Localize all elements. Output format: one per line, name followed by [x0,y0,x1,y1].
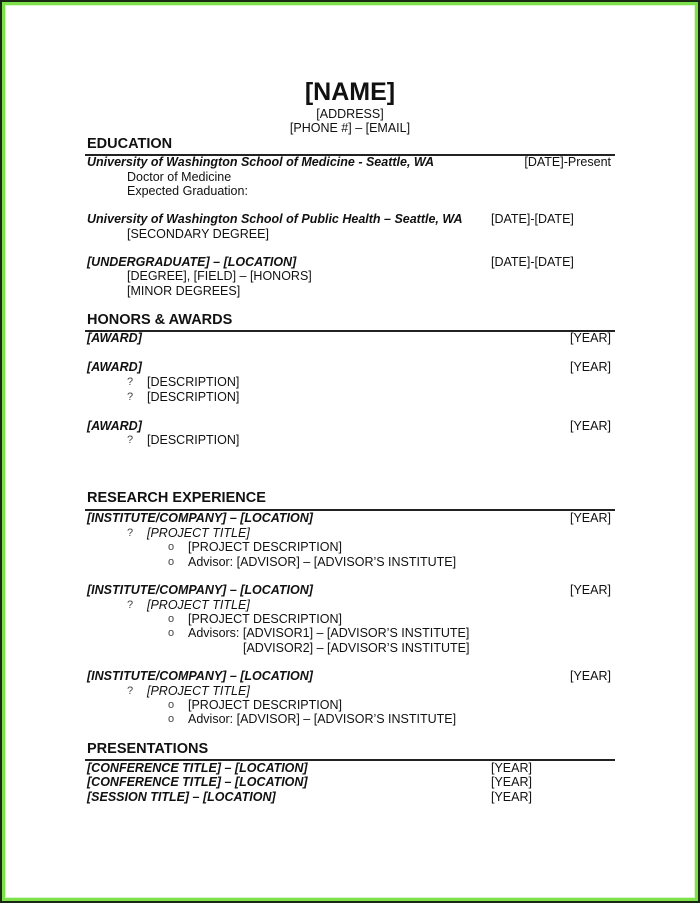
award-name: [AWARD] [87,419,142,433]
education-detail: [DEGREE], [FIELD] – [HONORS] [127,269,312,283]
award-description: [DESCRIPTION] [147,375,239,389]
education-detail: Expected Graduation: [127,184,248,198]
bullet-icon: ? [127,527,133,539]
education-school: University of Washington School of Medic… [87,155,434,169]
project-title: [PROJECT TITLE] [147,526,250,540]
award-name: [AWARD] [87,331,142,345]
project-description: [PROJECT DESCRIPTION] [188,698,342,712]
bullet-icon: ? [127,391,133,403]
project-description: [PROJECT DESCRIPTION] [188,540,342,554]
research-institute: [INSTITUTE/COMPANY] – [LOCATION] [87,511,313,525]
project-advisor: [ADVISOR2] – [ADVISOR’S INSTITUTE] [243,641,469,655]
sub-bullet-icon: o [168,556,174,568]
section-title-honors: HONORS & AWARDS [87,312,232,328]
project-advisor: Advisor: [ADVISOR] – [ADVISOR’S INSTITUT… [188,555,456,569]
presentation-title: [CONFERENCE TITLE] – [LOCATION] [87,775,308,789]
award-year: [YEAR] [570,360,611,374]
award-description: [DESCRIPTION] [147,433,239,447]
education-date: [DATE]-[DATE] [491,212,574,226]
project-title: [PROJECT TITLE] [147,684,250,698]
research-year: [YEAR] [570,669,611,683]
resume-page: [NAME] [ADDRESS] [PHONE #] – [EMAIL] EDU… [0,0,700,903]
education-detail: Doctor of Medicine [127,170,231,184]
award-year: [YEAR] [570,419,611,433]
research-year: [YEAR] [570,583,611,597]
section-title-education: EDUCATION [87,136,172,152]
presentation-title: [SESSION TITLE] – [LOCATION] [87,790,276,804]
research-year: [YEAR] [570,511,611,525]
section-title-presentations: PRESENTATIONS [87,741,208,757]
research-institute: [INSTITUTE/COMPANY] – [LOCATION] [87,583,313,597]
sub-bullet-icon: o [168,627,174,639]
education-detail: [SECONDARY DEGREE] [127,227,269,241]
award-description: [DESCRIPTION] [147,390,239,404]
education-school: [UNDERGRADUATE] – [LOCATION] [87,255,296,269]
bullet-icon: ? [127,599,133,611]
presentation-year: [YEAR] [491,761,532,775]
project-title: [PROJECT TITLE] [147,598,250,612]
phone-email: [PHONE #] – [EMAIL] [0,121,700,135]
project-description: [PROJECT DESCRIPTION] [188,612,342,626]
presentation-year: [YEAR] [491,790,532,804]
bullet-icon: ? [127,434,133,446]
sub-bullet-icon: o [168,613,174,625]
sub-bullet-icon: o [168,541,174,553]
education-date: [DATE]-Present [524,155,611,169]
research-institute: [INSTITUTE/COMPANY] – [LOCATION] [87,669,313,683]
bullet-icon: ? [127,376,133,388]
project-advisor: Advisors: [ADVISOR1] – [ADVISOR’S INSTIT… [188,626,469,640]
address: [ADDRESS] [0,107,700,121]
award-year: [YEAR] [570,331,611,345]
education-school: University of Washington School of Publi… [87,212,463,226]
education-date: [DATE]-[DATE] [491,255,574,269]
presentation-year: [YEAR] [491,775,532,789]
education-detail: [MINOR DEGREES] [127,284,240,298]
section-divider [85,330,615,332]
section-title-research: RESEARCH EXPERIENCE [87,490,266,506]
project-advisor: Advisor: [ADVISOR] – [ADVISOR’S INSTITUT… [188,712,456,726]
sub-bullet-icon: o [168,699,174,711]
award-name: [AWARD] [87,360,142,374]
bullet-icon: ? [127,685,133,697]
sub-bullet-icon: o [168,713,174,725]
candidate-name: [NAME] [0,78,700,107]
presentation-title: [CONFERENCE TITLE] – [LOCATION] [87,761,308,775]
